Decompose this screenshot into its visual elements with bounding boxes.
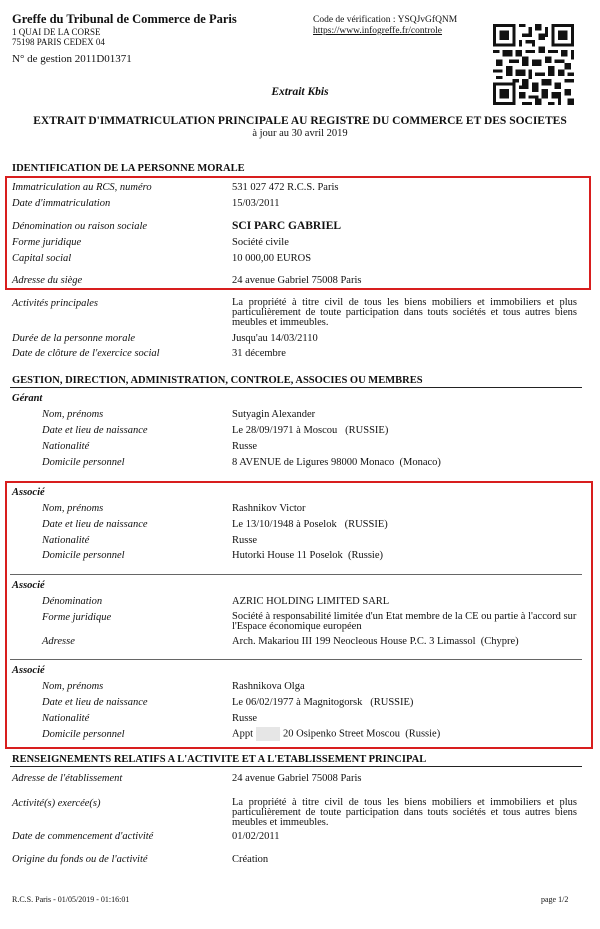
highlight-box-partners (5, 481, 593, 749)
field-label: Nationalité (42, 441, 89, 452)
field-value-manager-address: 8 AVENUE de Ligures 98000 Monaco (Monaco… (232, 457, 441, 468)
field-value-origin: Création (232, 854, 268, 865)
document-type: Extrait Kbis (0, 86, 600, 98)
field-value-activities: La propriété à titre civil de tous les b… (232, 798, 577, 828)
page-number: page 1/2 (541, 895, 568, 904)
document-title: EXTRAIT D'IMMATRICULATION PRINCIPALE AU … (0, 115, 600, 127)
field-value-fiscal-year-end: 31 décembre (232, 348, 286, 359)
gestion-number: N° de gestion 2011D01371 (12, 53, 132, 65)
field-value-establishment-address: 24 avenue Gabriel 75008 Paris (232, 773, 361, 784)
field-value-duration: Jusqu'au 14/03/2110 (232, 333, 318, 344)
verification-link[interactable]: https://www.infogreffe.fr/controle (313, 26, 442, 36)
field-label: Date de clôture de l'exercice social (12, 348, 160, 359)
field-value-main-activities: La propriété à titre civil de tous les b… (232, 298, 577, 328)
footer-timestamp: R.C.S. Paris - 01/05/2019 - 01:16:01 (12, 895, 129, 904)
field-label: Date de commencement d'activité (12, 831, 153, 842)
field-value-activity-start: 01/02/2011 (232, 831, 279, 842)
field-value-manager-birth: Le 28/09/1971 à Moscou (RUSSIE) (232, 425, 388, 436)
field-label: Activité(s) exercée(s) (12, 798, 101, 809)
field-label: Domicile personnel (42, 457, 125, 468)
document-subtitle: à jour au 30 avril 2019 (0, 128, 600, 139)
field-label: Activités principales (12, 298, 98, 309)
court-address-line2: 75198 PARIS CEDEX 04 (12, 37, 105, 47)
field-value-manager-nationality: Russe (232, 441, 257, 452)
section-heading-identification: IDENTIFICATION DE LA PERSONNE MORALE (12, 163, 245, 174)
field-label: Nom, prénoms (42, 409, 103, 420)
section-divider (10, 387, 582, 388)
section-heading-management: GESTION, DIRECTION, ADMINISTRATION, CONT… (12, 375, 423, 386)
section-heading-activity: RENSEIGNEMENTS RELATIFS A L'ACTIVITE ET … (12, 754, 426, 765)
field-label: Durée de la personne morale (12, 333, 135, 344)
court-address-line1: 1 QUAI DE LA CORSE (12, 27, 101, 37)
court-name: Greffe du Tribunal de Commerce de Paris (12, 12, 237, 27)
field-value-manager-name: Sutyagin Alexander (232, 409, 315, 420)
field-label: Origine du fonds ou de l'activité (12, 854, 148, 865)
highlight-box-identification (5, 176, 591, 290)
member-role-manager: Gérant (12, 393, 42, 404)
section-divider (10, 766, 582, 767)
field-label: Adresse de l'établissement (12, 773, 122, 784)
field-label: Date et lieu de naissance (42, 425, 148, 436)
verification-code: Code de vérification : YSQJvGfQNM (313, 15, 457, 25)
